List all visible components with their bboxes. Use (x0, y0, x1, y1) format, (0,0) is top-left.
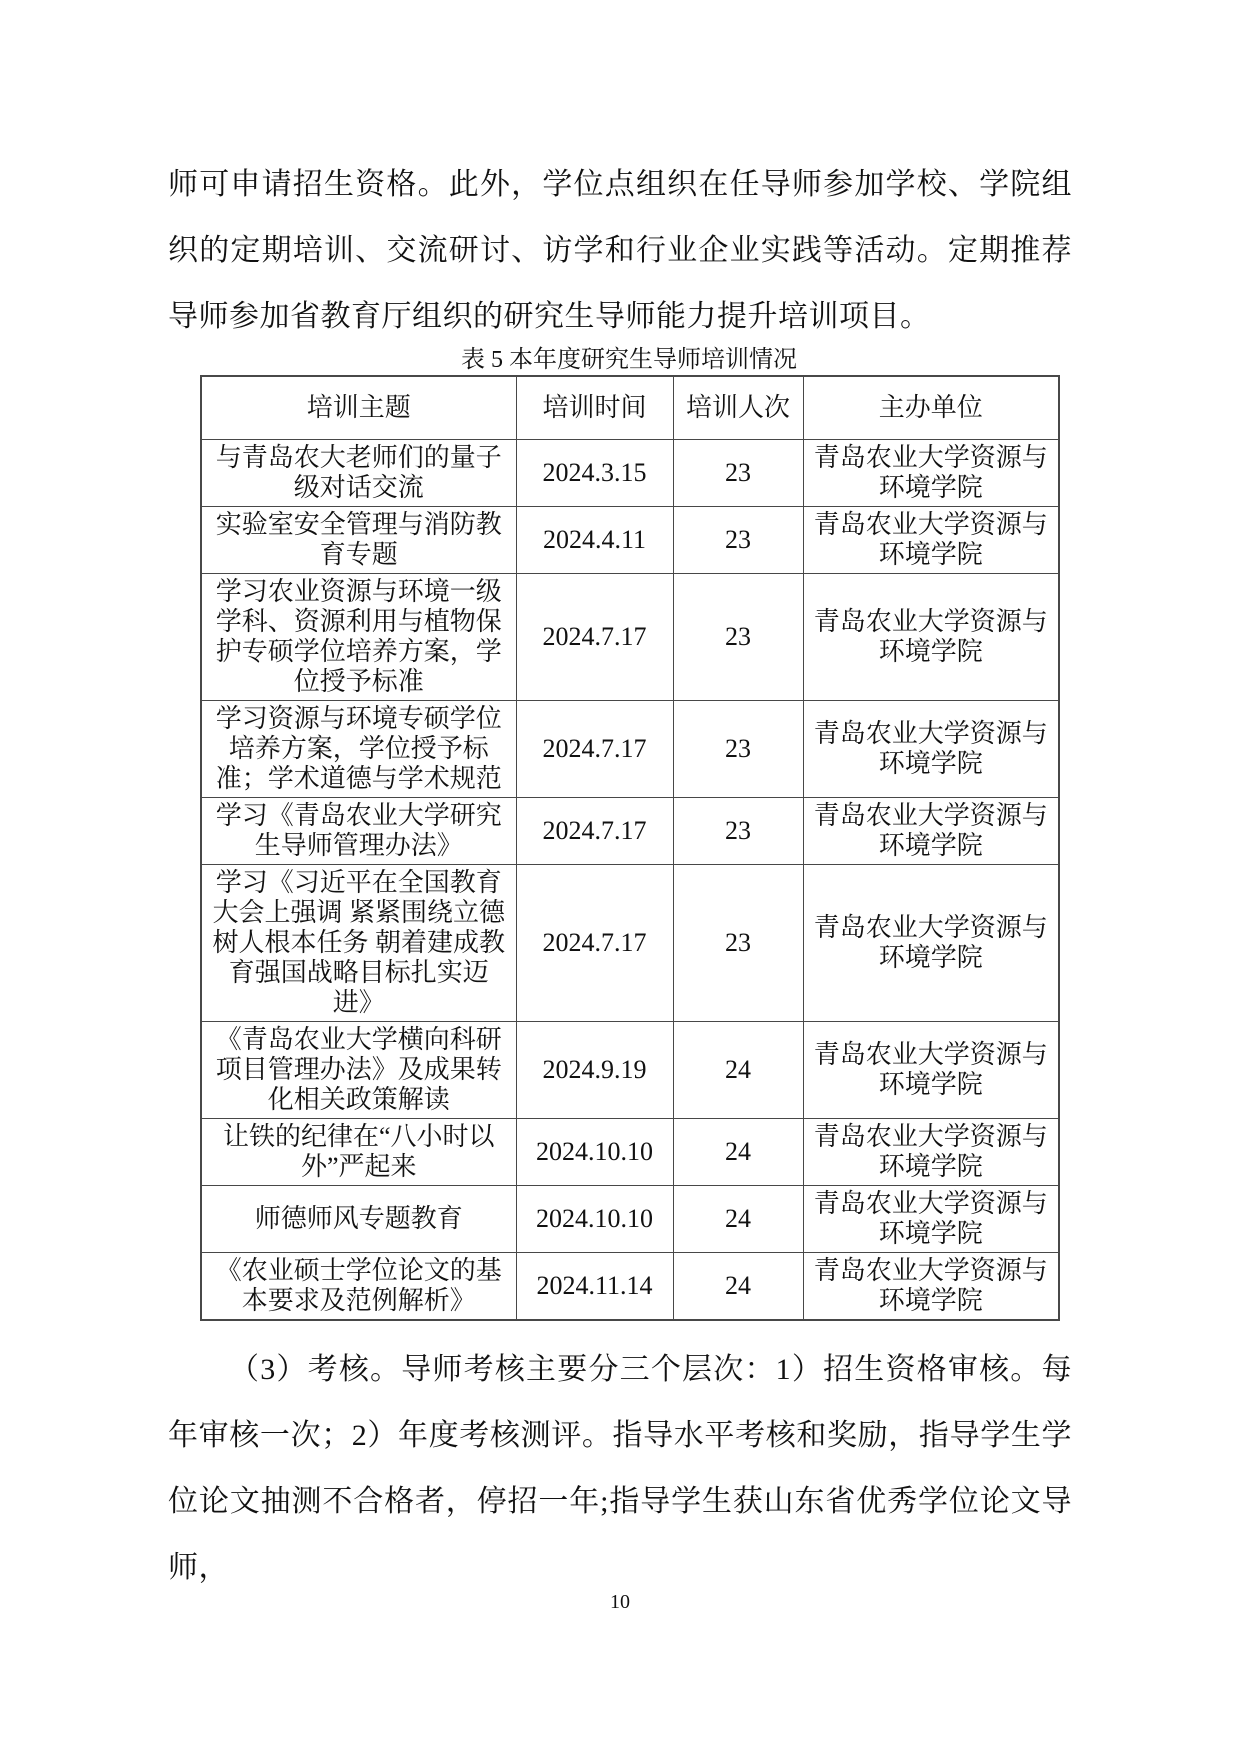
cell-date: 2024.7.17 (516, 865, 673, 1022)
cell-topic: 《农业硕士学位论文的基本要求及范例解析》 (201, 1253, 516, 1321)
cell-date: 2024.10.10 (516, 1119, 673, 1186)
cell-count: 23 (673, 574, 803, 701)
cell-count: 24 (673, 1119, 803, 1186)
header-count: 培训人次 (673, 376, 803, 440)
cell-topic: 学习资源与环境专硕学位培养方案，学位授予标准；学术道德与学术规范 (201, 701, 516, 798)
cell-count: 23 (673, 865, 803, 1022)
cell-organizer: 青岛农业大学资源与环境学院 (803, 798, 1059, 865)
cell-date: 2024.9.19 (516, 1022, 673, 1119)
cell-topic: 学习《习近平在全国教育大会上强调 紧紧围绕立德树人根本任务 朝着建成教育强国战略… (201, 865, 516, 1022)
table-area: 表 5 本年度研究生导师培训情况 培训主题 培训时间 培训人次 主办单位 与青岛… (200, 347, 1058, 1321)
paragraph-top: 师可申请招生资格。此外，学位点组织在任导师参加学校、学院组织的定期培训、交流研讨… (168, 0, 1072, 350)
cell-count: 23 (673, 701, 803, 798)
table-row: 让铁的纪律在“八小时以外”严起来 2024.10.10 24 青岛农业大学资源与… (201, 1119, 1059, 1186)
header-date: 培训时间 (516, 376, 673, 440)
cell-count: 23 (673, 507, 803, 574)
cell-date: 2024.4.11 (516, 507, 673, 574)
cell-organizer: 青岛农业大学资源与环境学院 (803, 701, 1059, 798)
cell-date: 2024.7.17 (516, 798, 673, 865)
table-row: 实验室安全管理与消防教育专题 2024.4.11 23 青岛农业大学资源与环境学… (201, 507, 1059, 574)
paragraph-bottom: （3）考核。导师考核主要分三个层次：1）招生资格审核。每年审核一次；2）年度考核… (168, 1321, 1072, 1601)
cell-organizer: 青岛农业大学资源与环境学院 (803, 1119, 1059, 1186)
cell-count: 24 (673, 1022, 803, 1119)
cell-organizer: 青岛农业大学资源与环境学院 (803, 507, 1059, 574)
table-row: 学习《青岛农业大学研究生导师管理办法》 2024.7.17 23 青岛农业大学资… (201, 798, 1059, 865)
cell-topic: 《青岛农业大学横向科研项目管理办法》及成果转化相关政策解读 (201, 1022, 516, 1119)
cell-count: 23 (673, 440, 803, 507)
cell-organizer: 青岛农业大学资源与环境学院 (803, 1022, 1059, 1119)
cell-count: 23 (673, 798, 803, 865)
cell-topic: 师德师风专题教育 (201, 1186, 516, 1253)
table-caption: 表 5 本年度研究生导师培训情况 (200, 347, 1058, 373)
cell-count: 24 (673, 1253, 803, 1321)
cell-topic: 学习《青岛农业大学研究生导师管理办法》 (201, 798, 516, 865)
cell-organizer: 青岛农业大学资源与环境学院 (803, 574, 1059, 701)
table-row: 与青岛农大老师们的量子级对话交流 2024.3.15 23 青岛农业大学资源与环… (201, 440, 1059, 507)
cell-date: 2024.7.17 (516, 701, 673, 798)
table-row: 师德师风专题教育 2024.10.10 24 青岛农业大学资源与环境学院 (201, 1186, 1059, 1253)
cell-topic: 让铁的纪律在“八小时以外”严起来 (201, 1119, 516, 1186)
training-table: 培训主题 培训时间 培训人次 主办单位 与青岛农大老师们的量子级对话交流 202… (200, 375, 1060, 1321)
cell-organizer: 青岛农业大学资源与环境学院 (803, 440, 1059, 507)
cell-organizer: 青岛农业大学资源与环境学院 (803, 865, 1059, 1022)
cell-date: 2024.3.15 (516, 440, 673, 507)
cell-date: 2024.10.10 (516, 1186, 673, 1253)
cell-date: 2024.7.17 (516, 574, 673, 701)
table-row: 《农业硕士学位论文的基本要求及范例解析》 2024.11.14 24 青岛农业大… (201, 1253, 1059, 1321)
page-number: 10 (0, 1590, 1240, 1614)
cell-date: 2024.11.14 (516, 1253, 673, 1321)
cell-topic: 与青岛农大老师们的量子级对话交流 (201, 440, 516, 507)
cell-topic: 学习农业资源与环境一级学科、资源利用与植物保护专硕学位培养方案，学位授予标准 (201, 574, 516, 701)
table-row: 学习《习近平在全国教育大会上强调 紧紧围绕立德树人根本任务 朝着建成教育强国战略… (201, 865, 1059, 1022)
table-header-row: 培训主题 培训时间 培训人次 主办单位 (201, 376, 1059, 440)
header-organizer: 主办单位 (803, 376, 1059, 440)
cell-topic: 实验室安全管理与消防教育专题 (201, 507, 516, 574)
table-row: 学习农业资源与环境一级学科、资源利用与植物保护专硕学位培养方案，学位授予标准 2… (201, 574, 1059, 701)
table-row: 学习资源与环境专硕学位培养方案，学位授予标准；学术道德与学术规范 2024.7.… (201, 701, 1059, 798)
page-content: 师可申请招生资格。此外，学位点组织在任导师参加学校、学院组织的定期培训、交流研讨… (0, 0, 1240, 1601)
cell-organizer: 青岛农业大学资源与环境学院 (803, 1186, 1059, 1253)
table-row: 《青岛农业大学横向科研项目管理办法》及成果转化相关政策解读 2024.9.19 … (201, 1022, 1059, 1119)
document-page: 师可申请招生资格。此外，学位点组织在任导师参加学校、学院组织的定期培训、交流研讨… (0, 0, 1240, 1753)
header-topic: 培训主题 (201, 376, 516, 440)
cell-organizer: 青岛农业大学资源与环境学院 (803, 1253, 1059, 1321)
cell-count: 24 (673, 1186, 803, 1253)
